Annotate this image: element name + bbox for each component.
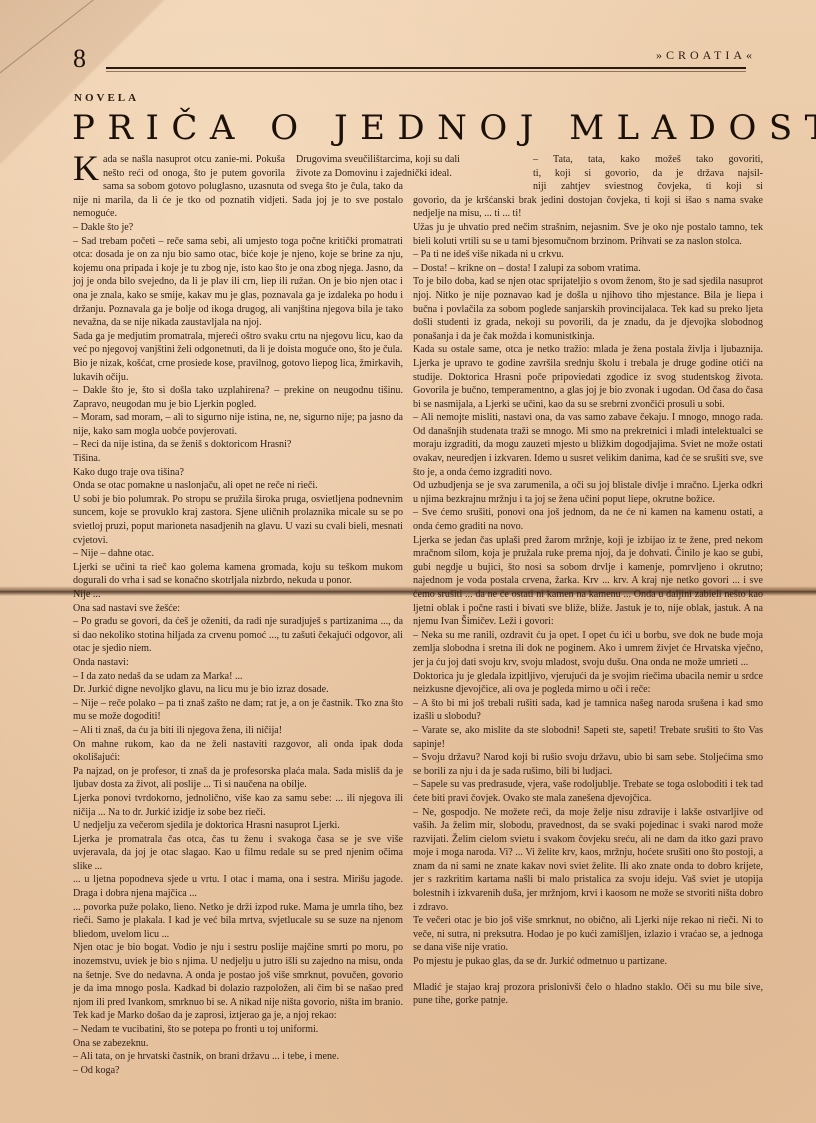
header-rule (106, 67, 746, 69)
paragraph: Ljerka ponovi tvrdokorno, jednolično, vi… (73, 792, 403, 819)
drop-cap: K (73, 154, 99, 182)
paragraph: Nije ... (73, 588, 403, 602)
paragraph: – Ali ti znaš, da ću ja biti ili njegova… (73, 724, 403, 738)
epigraph-space (285, 153, 403, 180)
magazine-name: »CROATIA« (656, 48, 756, 63)
paragraph: – A što bi mi još trebali rušiti sada, k… (413, 697, 763, 724)
paragraph: Od uzbudjenja se je sva zarumenila, a oč… (413, 479, 763, 506)
right-column-text: – Tata, tata, kako možeš tako govoriti,t… (413, 153, 763, 1008)
paragraph: ... u ljetna popodneva sjede u vrtu. I o… (73, 873, 403, 900)
paragraph: – Dakle što je, što si došla tako uzplah… (73, 384, 403, 411)
paragraph: U sobi je bio polumrak. Po stropu se pru… (73, 493, 403, 547)
paragraph: – Pa ti ne ideš više nikada ni u crkvu. (413, 248, 763, 262)
paragraph: Njen otac je bio bogat. Vodio je nju i s… (73, 941, 403, 1023)
paragraph: – Nije – reče polako – pa ti znaš zašto … (73, 697, 403, 724)
paragraph: Onda se otac pomakne u naslonjaču, ali o… (73, 479, 403, 493)
paragraph: Ljerki se učini ta rieč kao golema kamen… (73, 561, 403, 588)
paragraph: Bio je nizak, košćat, crne prosiede kose… (73, 357, 403, 384)
paragraph: – Sve ćemo srušiti, ponovi ona još jedno… (413, 506, 763, 533)
page-header: 8 »CROATIA« (70, 44, 760, 84)
paragraph: ... povorka puže polako, lieno. Netko je… (73, 901, 403, 942)
paragraph: – Varate se, ako mislite da ste slobodni… (413, 724, 763, 751)
paragraph: – Svoju državu? Narod koji bi rušio svoj… (413, 751, 763, 778)
paragraph: – Ali nemojte misliti, nastavi ona, da v… (413, 411, 763, 479)
paragraph: – Dosta! – krikne on – dosta! I zalupi z… (413, 262, 763, 276)
paragraph: Kako dugo traje ova tišina? (73, 466, 403, 480)
paragraph: – Ne, gospodjo. Ne možete reći, da moje … (413, 806, 763, 915)
article-title: PRIČA O JEDNOJ MLADOSTI (72, 108, 762, 148)
paragraph: – Moram, sad moram, – ali to sigurno nij… (73, 411, 403, 438)
paragraph: Tišina. (73, 452, 403, 466)
paragraph: Ljerka je promatrala čas otca, čas tu že… (73, 833, 403, 874)
paragraph: Sada ga je medjutim promatrala, mjereći … (73, 330, 403, 357)
paragraph: – Od koga? (73, 1064, 403, 1078)
paragraph (413, 969, 763, 981)
paragraph: Po mjestu je pukao glas, da se dr. Jurki… (413, 955, 763, 969)
paragraph-line: niji zahtjev sviestnog čovjeka, ti koji … (413, 180, 763, 194)
paragraph: Ljerka se jedan čas uplaši pred žarom mr… (413, 534, 763, 629)
paragraph: Užas ju je uhvatio pred nečim strašnim, … (413, 221, 763, 248)
paragraph: Ona se zabezeknu. (73, 1037, 403, 1051)
paragraph: Mladić je stajao kraj prozora prislonivš… (413, 981, 763, 1008)
paragraph: – Reci da nije istina, da se ženiš s dok… (73, 438, 403, 452)
paragraph: govorio, da je kršćanski brak jedini dos… (413, 194, 763, 221)
paragraph: – Dakle što je? (73, 221, 403, 235)
paragraph-line: ti, koji si govorio, da je država najsil… (413, 167, 763, 181)
paragraph: Kada su ostale same, otca je netko traži… (413, 343, 763, 411)
paragraph: – Neka su me ranili, ozdravit ću ja opet… (413, 629, 763, 670)
paragraph: – Nedam te vucibatini, što se potepa po … (73, 1023, 403, 1037)
paragraph: – Nije – dahne otac. (73, 547, 403, 561)
paragraph: Onda nastavi: (73, 656, 403, 670)
paragraph: – Sapele su vas predrasude, vjera, vaše … (413, 778, 763, 805)
left-column-text: Kada se našla nasuprot otcu zanie-mi. Po… (73, 153, 403, 1077)
section-label: NOVELA (74, 92, 139, 104)
paragraph: Pa najzad, on je profesor, ti znaš da je… (73, 765, 403, 792)
paragraph: Te večeri otac je bio još više smrknut, … (413, 914, 763, 955)
paragraph: To je bilo doba, kad se njen otac sprija… (413, 275, 763, 343)
paragraph: – Ali tata, on je hrvatski častnik, on b… (73, 1050, 403, 1064)
paragraph-line: – Tata, tata, kako možeš tako govoriti, (413, 153, 763, 167)
paragraph: Ona sad nastavi sve žešće: (73, 602, 403, 616)
header-rule-thin (106, 71, 746, 72)
paragraph: U nedjelju za večerom sjedila je doktori… (73, 819, 403, 833)
paragraph: – I da zato nedaš da se udam za Marka! .… (73, 670, 403, 684)
paragraph: Dr. Jurkić digne nevoljko glavu, na licu… (73, 683, 403, 697)
paragraph: – Po gradu se govori, da ćeš je oženiti,… (73, 615, 403, 656)
paragraph: – Sad trebam početi – reče sama sebi, al… (73, 235, 403, 330)
paragraph: Doktorica ju je gledala izpitljivo, vjer… (413, 670, 763, 697)
paragraph: On mahne rukom, kao da ne želi nastaviti… (73, 738, 403, 765)
page-number: 8 (73, 44, 86, 74)
